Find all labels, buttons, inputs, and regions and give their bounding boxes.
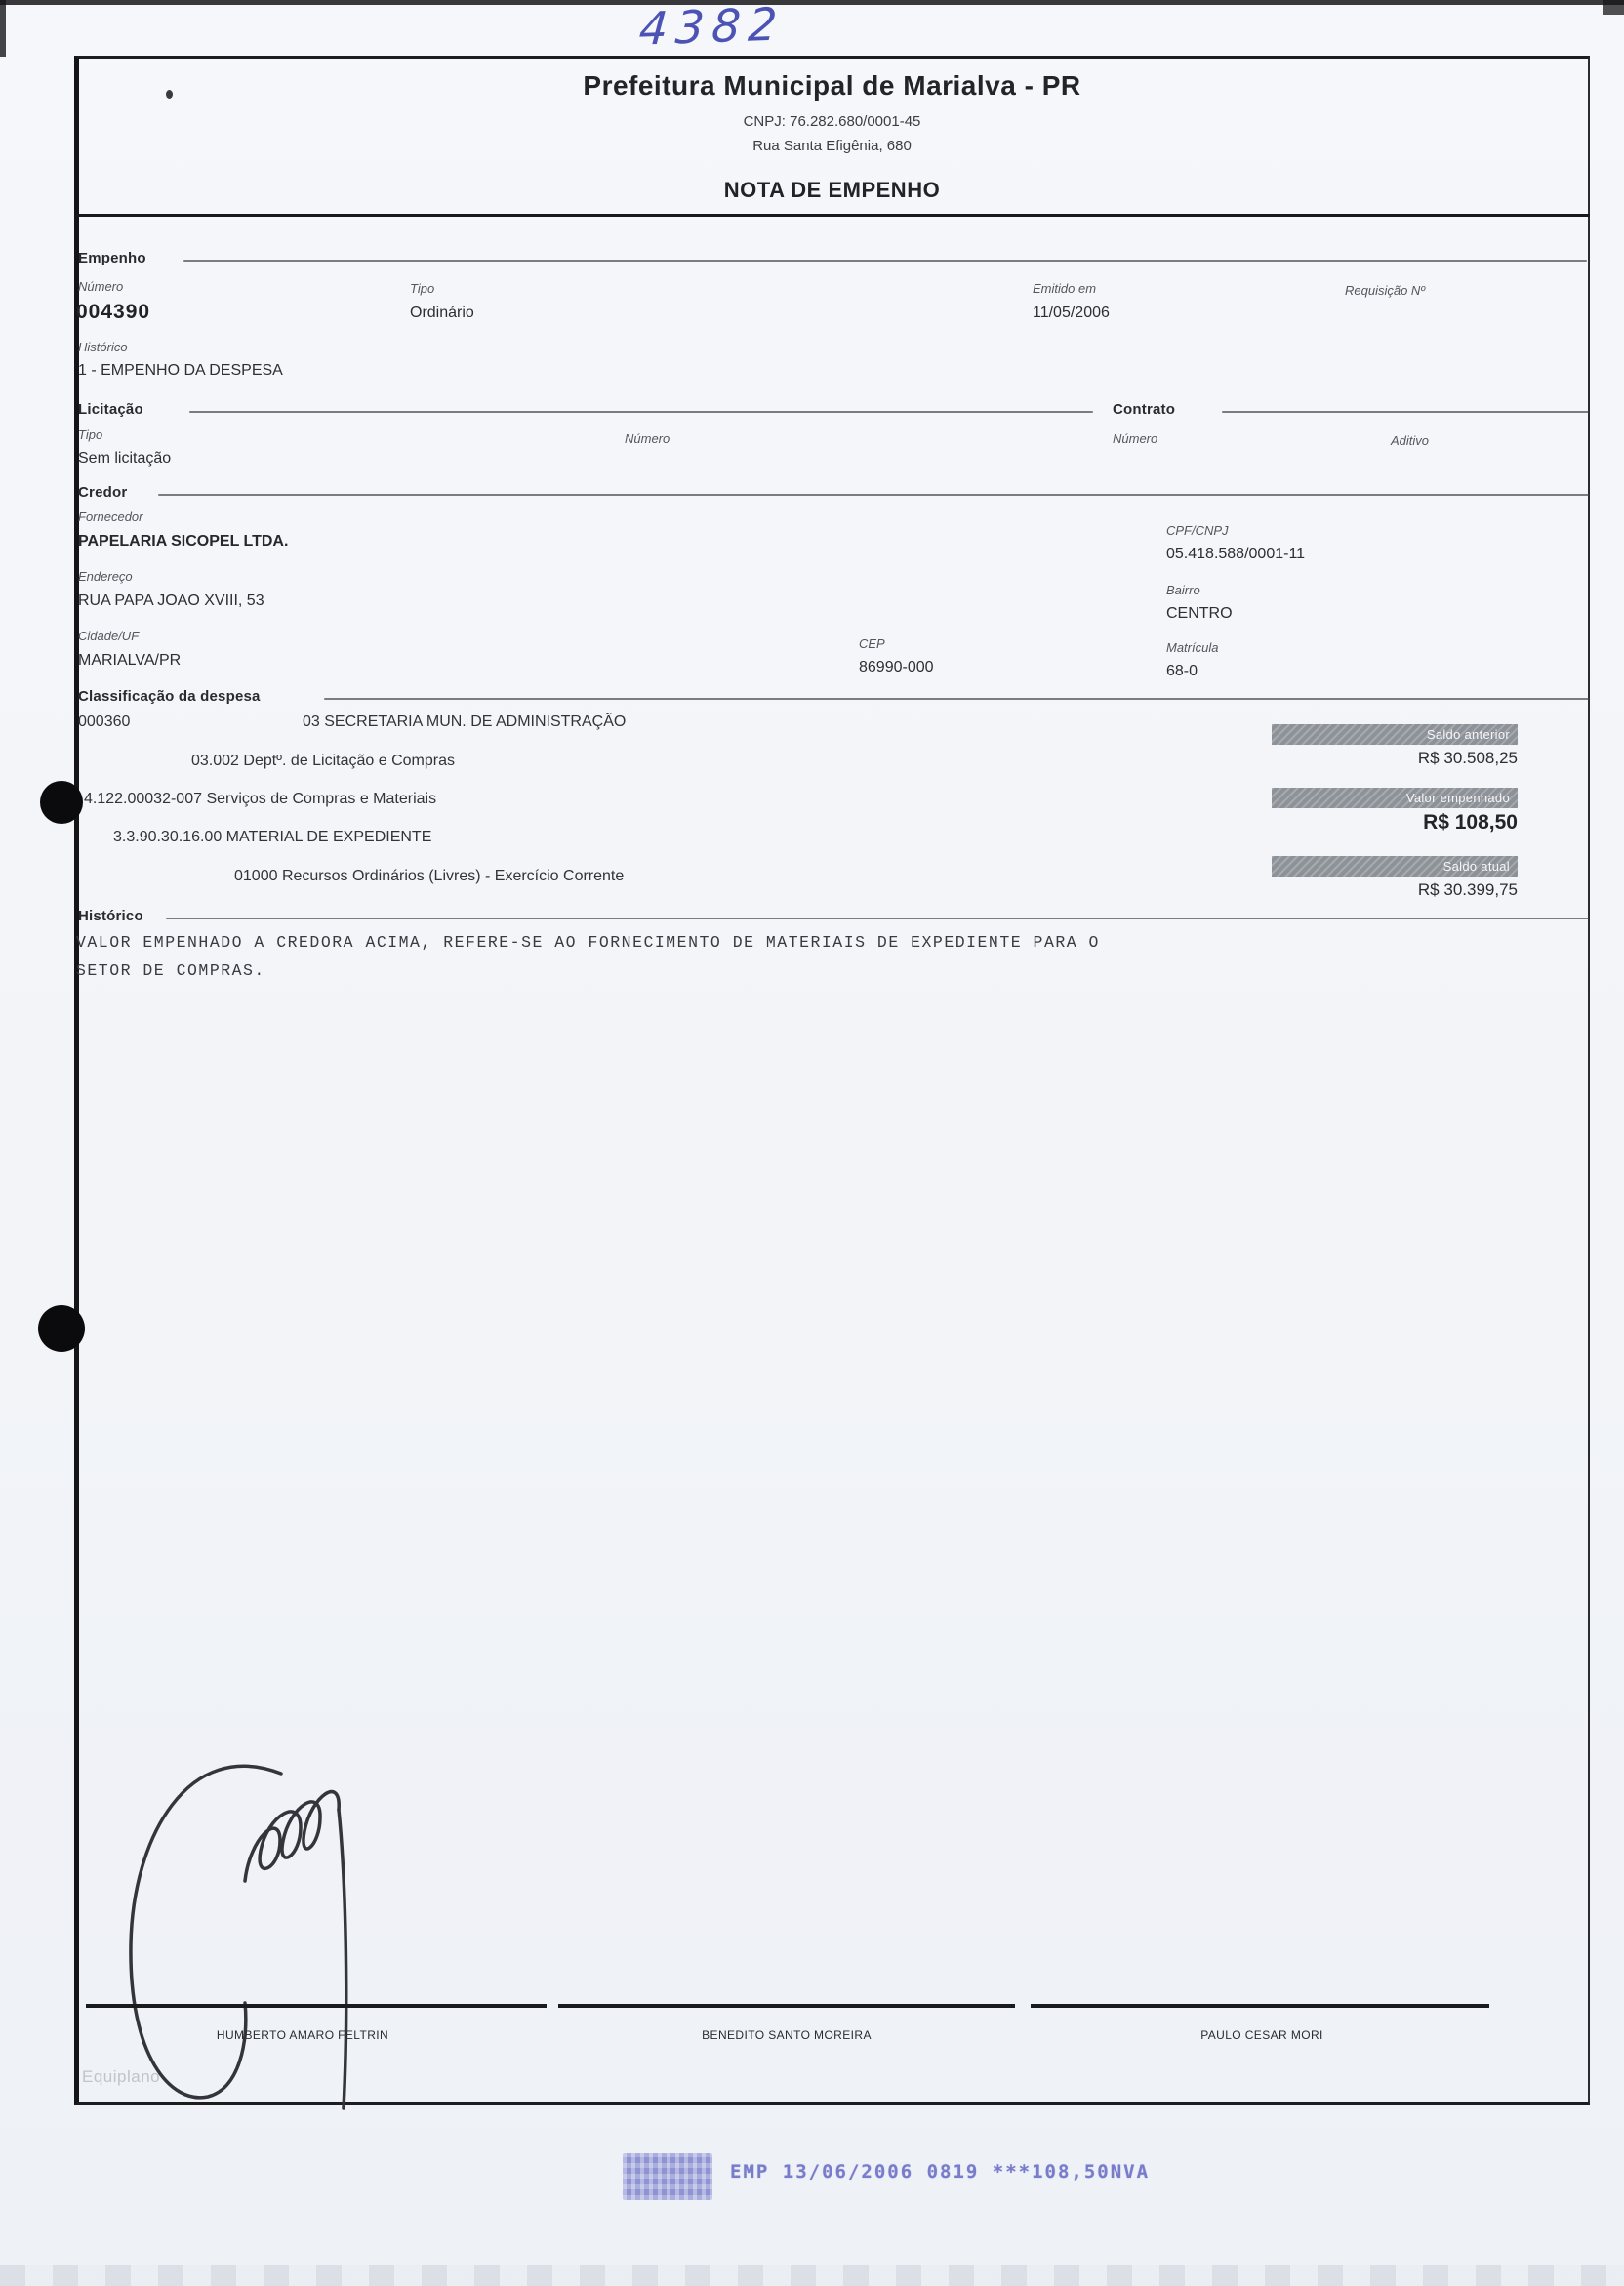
credor-cep-value: 86990-000 bbox=[859, 659, 934, 676]
empenho-numero-label: Número bbox=[78, 279, 123, 294]
classificacao-row: 03 SECRETARIA MUN. DE ADMINISTRAÇÃO bbox=[303, 714, 626, 731]
empenho-historico-value: 1 - EMPENHO DA DESPESA bbox=[78, 362, 283, 380]
credor-cpf-label: CPF/CNPJ bbox=[1166, 523, 1229, 538]
empenho-tipo-value: Ordinário bbox=[410, 305, 474, 322]
credor-matricula-value: 68-0 bbox=[1166, 663, 1198, 680]
handwritten-number: 4382 bbox=[637, 0, 787, 56]
signature-line bbox=[558, 2004, 1015, 2008]
scan-artifact-left-strip bbox=[0, 0, 6, 57]
scan-artifact-bottom-streaks bbox=[0, 2265, 1624, 2286]
scanned-page: 4382 Prefeitura Municipal de Marialva - … bbox=[0, 0, 1624, 2286]
section-credor: Credor bbox=[78, 484, 127, 501]
section-historico: Histórico bbox=[78, 908, 143, 924]
credor-cpf-value: 05.418.588/0001-11 bbox=[1166, 546, 1305, 563]
scan-artifact-corner bbox=[1603, 0, 1624, 15]
licitacao-tipo-label: Tipo bbox=[78, 428, 102, 442]
credor-bairro-label: Bairro bbox=[1166, 583, 1200, 597]
historico-text-line2: SETOR DE COMPRAS. bbox=[76, 961, 265, 980]
credor-cidade-label: Cidade/UF bbox=[78, 629, 139, 643]
signature-line bbox=[86, 2004, 547, 2008]
licitacao-numero-label: Número bbox=[625, 431, 670, 446]
section-classificacao: Classificação da despesa bbox=[78, 688, 261, 705]
bank-stamp-logo bbox=[623, 2153, 712, 2200]
section-empenho-line bbox=[183, 260, 1587, 262]
historico-text-line1: VALOR EMPENHADO A CREDORA ACIMA, REFERE-… bbox=[76, 933, 1100, 952]
saldo-anterior-value: R$ 30.508,25 bbox=[1225, 749, 1518, 768]
header-rule bbox=[76, 214, 1590, 217]
empenho-emitido-label: Emitido em bbox=[1033, 281, 1096, 296]
software-vendor-watermark: Equiplano bbox=[82, 2067, 160, 2087]
saldo-atual-bar: Saldo atual bbox=[1272, 856, 1518, 877]
section-historico-line bbox=[166, 918, 1589, 919]
credor-cep-label: CEP bbox=[859, 636, 885, 651]
header-address: Rua Santa Efigênia, 680 bbox=[74, 138, 1590, 154]
licitacao-tipo-value: Sem licitação bbox=[78, 450, 171, 468]
section-empenho: Empenho bbox=[78, 250, 146, 266]
section-contrato: Contrato bbox=[1113, 401, 1175, 418]
credor-bairro-value: CENTRO bbox=[1166, 605, 1233, 623]
classificacao-row: 03.002 Deptº. de Licitação e Compras bbox=[191, 753, 455, 770]
empenho-numero-value: 004390 bbox=[76, 301, 150, 324]
valor-empenhado-bar: Valor empenhado bbox=[1272, 788, 1518, 808]
valor-empenhado-value: R$ 108,50 bbox=[1225, 811, 1518, 835]
section-licitacao: Licitação bbox=[78, 401, 143, 418]
credor-endereco-value: RUA PAPA JOAO XVIII, 53 bbox=[78, 592, 264, 610]
signature-name: HUMBERTO AMARO FELTRIN bbox=[156, 2028, 449, 2042]
empenho-requisicao-label: Requisição Nº bbox=[1345, 283, 1425, 298]
saldo-anterior-bar: Saldo anterior bbox=[1272, 724, 1518, 745]
classificacao-row-code: 000360 bbox=[78, 714, 130, 731]
credor-fornecedor-value: PAPELARIA SICOPEL LTDA. bbox=[78, 533, 288, 551]
empenho-emitido-value: 11/05/2006 bbox=[1033, 305, 1110, 322]
signature-scribble bbox=[101, 1720, 374, 2112]
credor-endereco-label: Endereço bbox=[78, 569, 133, 584]
classificacao-row: 01000 Recursos Ordinários (Livres) - Exe… bbox=[234, 868, 624, 885]
punch-hole bbox=[38, 1305, 85, 1352]
saldo-atual-value: R$ 30.399,75 bbox=[1225, 880, 1518, 900]
contrato-numero-label: Número bbox=[1113, 431, 1157, 446]
section-contrato-line bbox=[1222, 411, 1589, 413]
bank-validation-stamp: EMP 13/06/2006 0819 ***108,50NVA bbox=[730, 2161, 1150, 2183]
empenho-tipo-label: Tipo bbox=[410, 281, 434, 296]
section-credor-line bbox=[158, 494, 1589, 496]
section-licitacao-line bbox=[189, 411, 1093, 413]
credor-fornecedor-label: Fornecedor bbox=[78, 510, 142, 524]
signature-line bbox=[1031, 2004, 1489, 2008]
signature-name: PAULO CESAR MORI bbox=[1116, 2028, 1408, 2042]
classificacao-row: 3.3.90.30.16.00 MATERIAL DE EXPEDIENTE bbox=[113, 829, 431, 846]
signature-name: BENEDITO SANTO MOREIRA bbox=[640, 2028, 933, 2042]
document-title: NOTA DE EMPENHO bbox=[74, 178, 1590, 203]
header-cnpj: CNPJ: 76.282.680/0001-45 bbox=[74, 113, 1590, 130]
scan-artifact-top-strip bbox=[0, 0, 1624, 5]
empenho-historico-label: Histórico bbox=[78, 340, 128, 354]
contrato-aditivo-label: Aditivo bbox=[1391, 433, 1429, 448]
classificacao-row: 4.122.00032-007 Serviços de Compras e Ma… bbox=[84, 791, 436, 808]
punch-hole bbox=[40, 781, 83, 824]
credor-matricula-label: Matrícula bbox=[1166, 640, 1218, 655]
municipality-title: Prefeitura Municipal de Marialva - PR bbox=[74, 70, 1590, 102]
credor-cidade-value: MARIALVA/PR bbox=[78, 652, 181, 670]
section-classificacao-line bbox=[324, 698, 1589, 700]
